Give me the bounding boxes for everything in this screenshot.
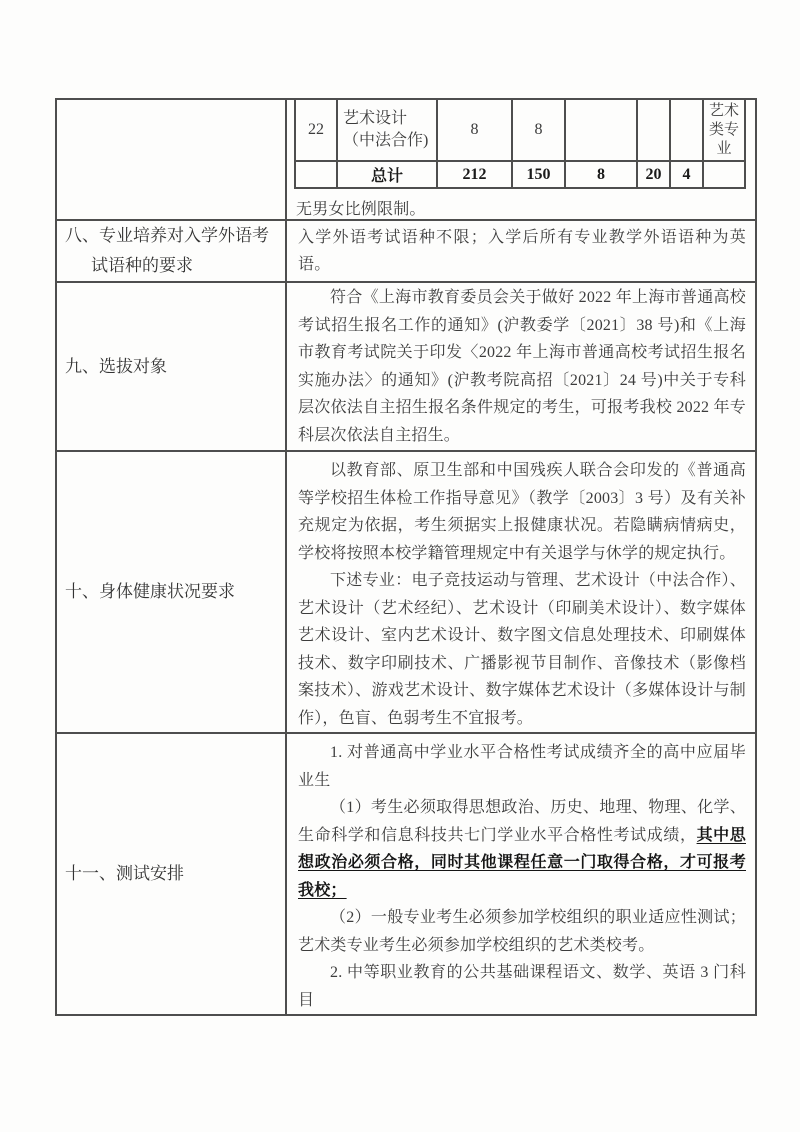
enrollment-plan-header-cell [57,100,287,219]
plan-table: 22 艺术设计（中法合作) 8 8 艺术类专业 总计 212 150 [294,100,746,189]
row-test-arrangement: 十一、测试安排 1. 对普通高中学业水平合格性考试成绩齐全的高中应届毕业生 （1… [57,734,755,1014]
section-content: 入学外语考试语种不限；入学后所有专业教学外语语种为英语。 [298,224,746,279]
total-cell-value: 4 [671,162,704,189]
total-cell-value: 150 [513,162,566,189]
plan-cell-value: 8 [438,100,513,162]
plan-cell-value [638,100,671,162]
section-title: 八、专业培养对入学外语考试语种的要求 [65,221,279,281]
section-content: 符合《上海市教育委员会关于做好 2022 年上海市普通高校考试招生报名工作的通知… [298,284,746,449]
section-title-cell: 八、专业培养对入学外语考试语种的要求 [57,221,287,281]
total-cell-blank [294,162,338,189]
enrollment-plan-content-cell: 22 艺术设计（中法合作) 8 8 艺术类专业 总计 212 150 [287,100,755,219]
section-content-cell: 符合《上海市教育委员会关于做好 2022 年上海市普通高校考试招生报名工作的通知… [287,283,755,450]
section-title-cell: 十、身体健康状况要求 [57,452,287,732]
test-paragraph-3: （2）一般专业考生必须参加学校组织的职业适应性测试；艺术类专业考生必须参加学校组… [298,904,746,959]
plan-cell-no: 22 [294,100,338,162]
row-health-requirement: 十、身体健康状况要求 以教育部、原卫生部和中国残疾人联合会印发的《普通高等学校招… [57,452,755,734]
total-cell-value: 20 [638,162,671,189]
plan-cell-value [671,100,704,162]
plan-cell-value [566,100,638,162]
plan-cell-category: 艺术类专业 [704,100,746,162]
section-content-cell: 以教育部、原卫生部和中国残疾人联合会印发的《普通高等学校招生体检工作指导意见》（… [287,452,755,732]
section-title: 九、选拔对象 [65,352,167,382]
total-cell-label: 总计 [338,162,438,189]
plan-cell-value: 8 [513,100,566,162]
section-title-cell: 九、选拔对象 [57,283,287,450]
row-enrollment-plan: 22 艺术设计（中法合作) 8 8 艺术类专业 总计 212 150 [57,100,755,221]
health-paragraph-1: 以教育部、原卫生部和中国残疾人联合会印发的《普通高等学校招生体检工作指导意见》（… [298,457,746,567]
section-title: 十、身体健康状况要求 [65,577,235,607]
plan-table-total-row: 总计 212 150 8 20 4 [294,162,746,189]
section-title-cell: 十一、测试安排 [57,734,287,1014]
total-cell-value: 212 [438,162,513,189]
section-title: 十一、测试安排 [65,859,184,889]
plan-cell-major: 艺术设计（中法合作) [338,100,438,162]
plan-table-row-22: 22 艺术设计（中法合作) 8 8 艺术类专业 [294,100,746,162]
section-content-cell: 1. 对普通高中学业水平合格性考试成绩齐全的高中应届毕业生 （1）考生必须取得思… [287,734,755,1014]
section-content-cell: 入学外语考试语种不限；入学后所有专业教学外语语种为英语。 [287,221,755,281]
health-paragraph-2: 下述专业：电子竞技运动与管理、艺术设计（中法合作）、艺术设计（艺术经纪）、艺术设… [298,567,746,732]
total-cell-value: 8 [566,162,638,189]
admissions-info-table: 22 艺术设计（中法合作) 8 8 艺术类专业 总计 212 150 [55,98,757,1016]
row-selection-target: 九、选拔对象 符合《上海市教育委员会关于做好 2022 年上海市普通高校考试招生… [57,283,755,452]
test-paragraph-4: 2. 中等职业教育的公共基础课程语文、数学、英语 3 门科目 [298,959,746,1014]
test-paragraph-2-normal: （1）考生必须取得思想政治、历史、地理、物理、化学、生命科学和信息科技共七门学业… [298,799,746,844]
total-cell-category [704,162,746,189]
gender-ratio-note: 无男女比例限制。 [296,196,755,219]
row-language-requirement: 八、专业培养对入学外语考试语种的要求 入学外语考试语种不限；入学后所有专业教学外… [57,221,755,283]
test-paragraph-2: （1）考生必须取得思想政治、历史、地理、物理、化学、生命科学和信息科技共七门学业… [298,794,746,904]
test-paragraph-1: 1. 对普通高中学业水平合格性考试成绩齐全的高中应届毕业生 [298,739,746,794]
